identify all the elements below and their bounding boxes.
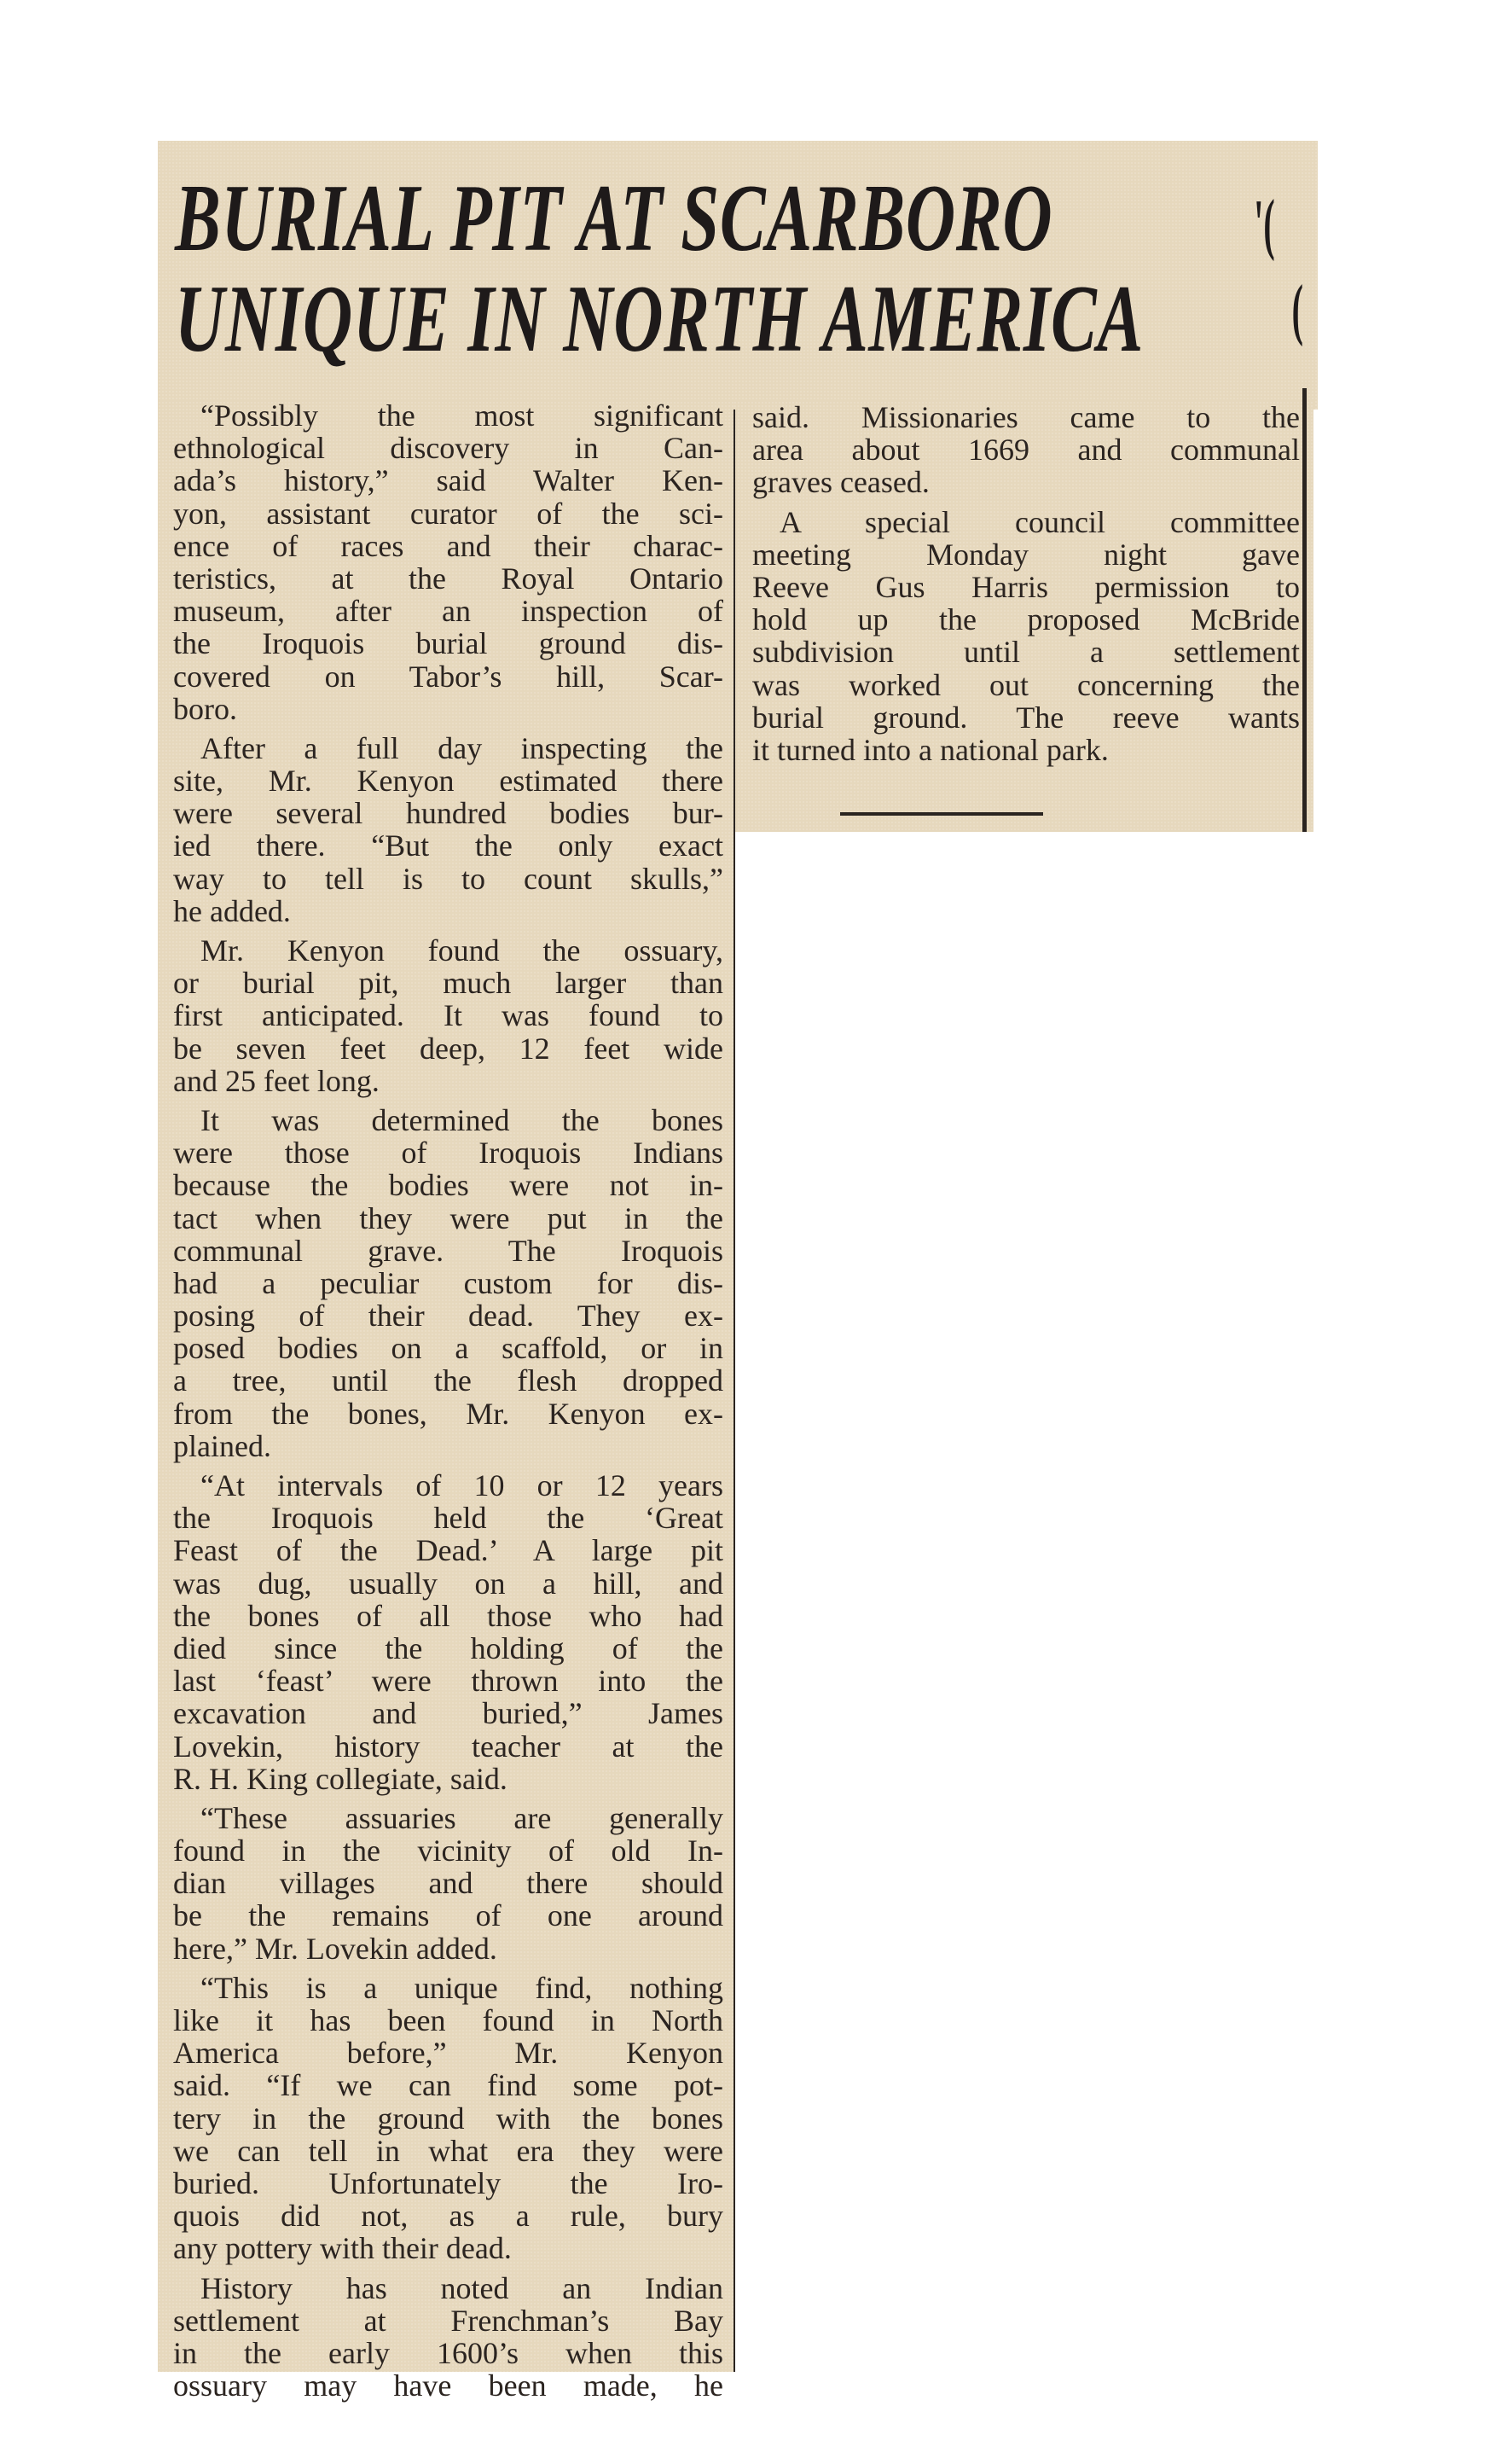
article-line: teristics, at the Royal Ontario xyxy=(173,562,723,595)
column-divider xyxy=(734,410,735,2372)
article-line: first anticipated. It was found to xyxy=(173,999,723,1032)
article-line: museum, after an inspection of xyxy=(173,595,723,627)
article-paragraph: “These assuaries are generallyfound in t… xyxy=(173,1802,723,1965)
article-paragraph: After a full day inspecting thesite, Mr.… xyxy=(173,732,723,927)
article-line: any pottery with their dead. xyxy=(173,2232,723,2264)
article-line: the Iroquois held the ‘Great xyxy=(173,1502,723,1534)
article-line: excavation and buried,” James xyxy=(173,1697,723,1729)
article-line: posed bodies on a scaffold, or in xyxy=(173,1332,723,1364)
article-line: “This is a unique find, nothing xyxy=(173,1972,723,2004)
article-line: plained. xyxy=(173,1430,723,1462)
article-line: covered on Tabor’s hill, Scar- xyxy=(173,660,723,693)
article-line: meeting Monday night gave xyxy=(752,538,1300,571)
article-line: ethnological discovery in Can- xyxy=(173,432,723,464)
article-line: Feast of the Dead.’ A large pit xyxy=(173,1534,723,1566)
article-line: here,” Mr. Lovekin added. xyxy=(173,1932,723,1965)
article-line: the Iroquois burial ground dis- xyxy=(173,627,723,660)
article-line: was worked out concerning the xyxy=(752,669,1300,701)
article-line: had a peculiar custom for dis- xyxy=(173,1267,723,1299)
adjacent-headline-fragment: ( xyxy=(1292,271,1303,349)
article-end-rule xyxy=(840,812,1043,816)
article-line: subdivision until a settlement xyxy=(752,636,1300,668)
article-line: said. “If we can find some pot- xyxy=(173,2069,723,2101)
article-line: quois did not, as a rule, bury xyxy=(173,2200,723,2232)
article-line: be the remains of one around xyxy=(173,1899,723,1932)
article-line: from the bones, Mr. Kenyon ex- xyxy=(173,1398,723,1430)
article-line: last ‘feast’ were thrown into the xyxy=(173,1665,723,1697)
article-line: buried. Unfortunately the Iro- xyxy=(173,2167,723,2200)
headline-line-1: BURIAL PIT AT SCARBORO xyxy=(175,171,1052,266)
article-paragraph: said. Missionaries came to thearea about… xyxy=(752,401,1300,499)
article-line: be seven feet deep, 12 feet wide xyxy=(173,1032,723,1065)
article-line: burial ground. The reeve wants xyxy=(752,701,1300,734)
article-line: Reeve Gus Harris permission to xyxy=(752,571,1300,603)
article-paragraph: Mr. Kenyon found the ossuary,or burial p… xyxy=(173,934,723,1097)
article-line: “These assuaries are generally xyxy=(173,1802,723,1834)
article-line: “At intervals of 10 or 12 years xyxy=(173,1469,723,1502)
article-line: ossuary may have been made, he xyxy=(173,2369,723,2402)
headline-line-2: UNIQUE IN NORTH AMERICA xyxy=(175,271,1144,367)
article-line: A special council committee xyxy=(752,506,1300,538)
article-line: and 25 feet long. xyxy=(173,1065,723,1097)
article-line: said. Missionaries came to the xyxy=(752,401,1300,433)
article-line: boro. xyxy=(173,693,723,725)
article-line: dian villages and there should xyxy=(173,1867,723,1899)
article-line: After a full day inspecting the xyxy=(173,732,723,764)
article-line: we can tell in what era they were xyxy=(173,2135,723,2167)
article-paragraph: History has noted an Indiansettlement at… xyxy=(173,2272,723,2403)
article-line: Mr. Kenyon found the ossuary, xyxy=(173,934,723,967)
article-column-left: “Possibly the most significantethnologic… xyxy=(173,399,723,2402)
article-line: in the early 1600’s when this xyxy=(173,2337,723,2369)
article-line: way to tell is to count skulls,” xyxy=(173,863,723,895)
article-line: History has noted an Indian xyxy=(173,2272,723,2304)
article-line: graves ceased. xyxy=(752,466,1300,498)
article-line: it turned into a national park. xyxy=(752,734,1300,766)
article-line: tery in the ground with the bones xyxy=(173,2102,723,2135)
article-paragraph: “This is a unique find, nothinglike it h… xyxy=(173,1972,723,2265)
article-line: ada’s history,” said Walter Ken- xyxy=(173,464,723,497)
article-paragraph: It was determined the boneswere those of… xyxy=(173,1104,723,1462)
article-line: ied there. “But the only exact xyxy=(173,829,723,862)
article-line: America before,” Mr. Kenyon xyxy=(173,2037,723,2069)
article-line: posing of their dead. They ex- xyxy=(173,1299,723,1332)
article-line: tact when they were put in the xyxy=(173,1202,723,1235)
article-column-right: said. Missionaries came to thearea about… xyxy=(752,401,1300,766)
article-line: site, Mr. Kenyon estimated there xyxy=(173,764,723,797)
right-edge-rule xyxy=(1302,388,1307,832)
article-line: area about 1669 and communal xyxy=(752,433,1300,466)
article-line: ence of races and their charac- xyxy=(173,530,723,562)
article-paragraph: “At intervals of 10 or 12 yearsthe Iroqu… xyxy=(173,1469,723,1795)
article-line: R. H. King collegiate, said. xyxy=(173,1763,723,1795)
article-line: communal grave. The Iroquois xyxy=(173,1235,723,1267)
article-line: settlement at Frenchman’s Bay xyxy=(173,2304,723,2337)
adjacent-headline-fragment: '( xyxy=(1254,186,1274,264)
article-line: found in the vicinity of old In- xyxy=(173,1834,723,1867)
article-line: or burial pit, much larger than xyxy=(173,967,723,999)
article-line: Lovekin, history teacher at the xyxy=(173,1730,723,1763)
article-line: died since the holding of the xyxy=(173,1632,723,1665)
article-line: were those of Iroquois Indians xyxy=(173,1136,723,1169)
article-line: was dug, usually on a hill, and xyxy=(173,1567,723,1600)
article-line: like it has been found in North xyxy=(173,2004,723,2037)
article-line: “Possibly the most significant xyxy=(173,399,723,432)
article-paragraph: A special council committeemeeting Monda… xyxy=(752,506,1300,767)
article-line: he added. xyxy=(173,895,723,927)
article-line: because the bodies were not in- xyxy=(173,1169,723,1201)
article-line: a tree, until the flesh dropped xyxy=(173,1364,723,1397)
article-line: yon, assistant curator of the sci- xyxy=(173,497,723,530)
article-paragraph: “Possibly the most significantethnologic… xyxy=(173,399,723,725)
article-line: the bones of all those who had xyxy=(173,1600,723,1632)
article-line: hold up the proposed McBride xyxy=(752,603,1300,636)
article-line: It was determined the bones xyxy=(173,1104,723,1136)
article-line: were several hundred bodies bur- xyxy=(173,797,723,829)
